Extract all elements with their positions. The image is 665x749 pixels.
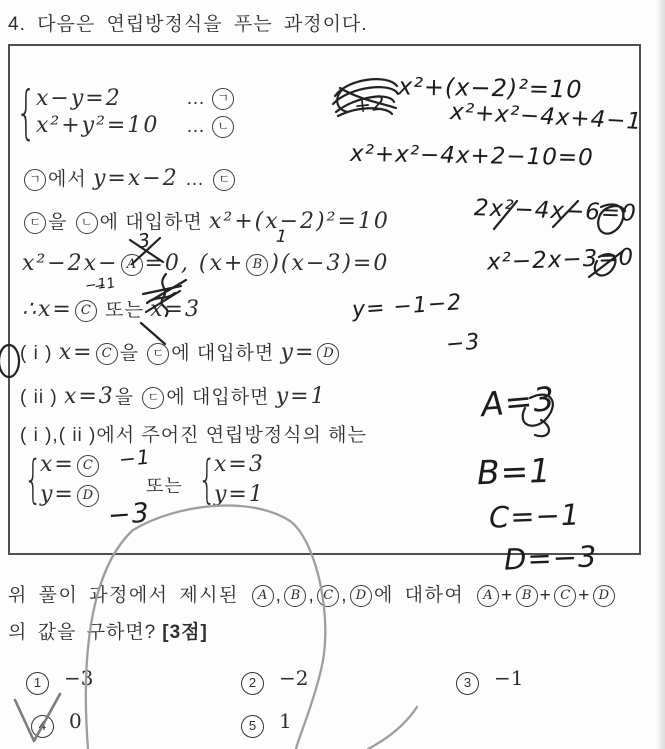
text-segment: ,	[341, 585, 348, 606]
question-line-2: 의 값을 구하면?[3점]	[8, 617, 208, 644]
circled-hangul-ref: ㄱ	[212, 88, 234, 110]
circled-letter: D	[77, 485, 99, 507]
scan-edge-shadow	[656, 0, 665, 749]
scanned-test-page: 4. 다음은 연립방정식을 푸는 과정이다. { x−y=2 … ㄱ x²+y²…	[0, 0, 665, 749]
circled-letter: B	[516, 585, 538, 607]
text-segment: 에 대입하면	[100, 212, 209, 233]
points-label: [3점]	[162, 622, 208, 643]
circled-letter: B	[284, 585, 306, 607]
hw-work-line-1: x²+(x−2)²=10	[398, 72, 583, 103]
text-segment: ( i )	[20, 343, 59, 364]
text-segment: 또는	[99, 300, 150, 321]
circled-hangul-ref: ㄴ	[212, 116, 234, 138]
circled-hangul-ref: ㄷ	[142, 387, 164, 409]
text-segment: y=1	[276, 384, 327, 409]
circled-letter: D	[593, 585, 615, 607]
circled-hangul-ref: ㄴ	[76, 212, 98, 234]
hw-a-result: A=3	[479, 379, 556, 424]
text-segment: +	[578, 585, 591, 606]
line-case-1: ( i ) x=C을 ㄷ에 대입하면 y=D	[20, 338, 341, 365]
line-factored-equation: x²−2x−A=0, (x+B)(x−3)=0	[22, 251, 389, 276]
equation-ref-2: … ㄴ	[186, 116, 236, 138]
choice-3: 3−1	[456, 666, 523, 695]
text-segment: ,	[308, 585, 315, 606]
circled-hangul-ref: ㄷ	[24, 212, 46, 234]
text-segment: 을	[120, 343, 146, 364]
text-segment: x²−2x−	[22, 251, 119, 276]
text-segment: x=	[40, 452, 75, 477]
hw-scribbled-start: +2	[353, 90, 387, 117]
line-conclusion: ( i ),( ii )에서 주어진 연립방정식의 해는	[20, 420, 367, 447]
circled-letter: C	[75, 300, 97, 322]
text-segment: x=3	[150, 297, 201, 322]
choice-2: 2−2	[241, 666, 308, 695]
hw-mark-above-b: 1	[275, 227, 288, 248]
choice-2-number: 2	[241, 672, 264, 695]
equation-given-2: x²+y²=10	[36, 113, 159, 138]
line-case-2: ( ii ) x=3을 ㄷ에 대입하면 y=1	[20, 382, 327, 409]
text-segment: 에 대입하면	[171, 343, 280, 364]
text-segment: 에서	[48, 169, 93, 190]
circled-letter: B	[246, 254, 268, 276]
text-segment: x=	[59, 340, 94, 365]
question-line-1: 위 풀이 과정에서 제시된 A,B,C,D에 대하여 A+B+C+D	[8, 580, 617, 607]
line-roots: ∴x=C 또는 x=3	[22, 295, 201, 322]
answer-eq-y-d: y=D	[40, 482, 101, 507]
text-segment: …	[179, 169, 212, 190]
answer-eq-x-3: x=3	[214, 452, 265, 477]
hw-sys-c-note: −1	[118, 445, 151, 472]
circled-letter: C	[554, 585, 576, 607]
hw-y-value-note: −3	[445, 330, 481, 358]
answer-eq-x-c: x=C	[40, 452, 101, 477]
hw-work-line-5: x²−2x−3=0	[487, 244, 635, 275]
text-segment: ( i ),( ii )에서 주어진 연립방정식의 해는	[20, 425, 367, 446]
system-brace: {	[16, 82, 36, 142]
hw-b-result: B=1	[476, 451, 552, 493]
line-substituted-equation: ㄷ을 ㄴ에 대입하면 x²+(x−2)²=10	[22, 207, 390, 234]
circled-hangul-ref: ㄷ	[147, 343, 169, 365]
text-segment: 위 풀이 과정에서 제시된	[8, 585, 250, 606]
hw-c-result: C=−1	[488, 497, 580, 534]
text-segment: …	[186, 88, 210, 109]
text-segment: 을	[48, 212, 74, 233]
text-segment: x²+y²=10	[36, 113, 159, 138]
circled-letter: D	[350, 585, 372, 607]
text-segment: …	[186, 116, 210, 137]
text-segment: ,	[276, 585, 283, 606]
text-segment: +	[540, 585, 553, 606]
choice-1-value: −3	[64, 666, 93, 690]
circled-letter: A	[477, 585, 499, 607]
text-segment: x−y=2	[36, 86, 122, 111]
equation-ref-1: … ㄱ	[186, 88, 236, 110]
hw-sys-d-note: −3	[107, 498, 151, 532]
question-line-2-text: 의 값을 구하면?	[8, 622, 156, 643]
circled-hangul-ref: ㄷ	[213, 169, 235, 191]
choice-5-value: 1	[279, 709, 292, 733]
choice-5-number: 5	[241, 715, 264, 738]
choice-1-number: 1	[26, 672, 49, 695]
or-label: 또는	[146, 472, 183, 498]
answer-eq-y-1: y=1	[214, 482, 265, 507]
hw-d-result: D=−3	[503, 539, 598, 576]
line-substitute-y: ㄱ에서 y=x−2 … ㄷ	[22, 164, 237, 191]
circled-letter: D	[317, 343, 339, 365]
text-segment: 에 대입하면	[166, 387, 275, 408]
circled-hangul-ref: ㄱ	[24, 169, 46, 191]
choice-4: 40	[31, 709, 82, 738]
text-segment: +	[501, 585, 514, 606]
circled-letter: C	[77, 455, 99, 477]
small-pencil-arc	[368, 707, 417, 749]
circled-letter: A	[121, 254, 143, 276]
text-segment: =0, (x+	[145, 251, 245, 276]
equation-given-1: x−y=2	[36, 86, 122, 111]
text-segment: y=x−2	[93, 166, 179, 191]
text-segment: ∴x=	[22, 297, 73, 322]
choice-1: 1−3	[26, 666, 93, 695]
choice-4-number: 4	[31, 715, 54, 738]
text-segment: y=1	[214, 482, 265, 507]
text-segment: x=3	[214, 452, 265, 477]
text-segment: x²+(x−2)²=10	[209, 209, 390, 234]
text-segment: y=	[40, 482, 75, 507]
text-segment: )(x−3)=0	[270, 251, 389, 276]
text-segment: x=3	[64, 384, 115, 409]
circled-letter: A	[252, 585, 274, 607]
text-segment: ( ii )	[20, 387, 64, 408]
circled-letter: C	[96, 343, 118, 365]
hw-mark-above-c: −1	[84, 276, 109, 295]
text-segment: 을	[115, 387, 141, 408]
choice-3-number: 3	[456, 672, 479, 695]
hw-work-line-3: x²+x²−4x+2−10=0	[350, 141, 594, 171]
text-segment: y=	[281, 340, 316, 365]
choice-4-value: 0	[69, 709, 82, 733]
choice-3-value: −1	[494, 666, 523, 690]
text-segment: 에 대하여	[374, 585, 475, 606]
choice-5: 51	[241, 709, 292, 738]
choice-2-value: −2	[279, 666, 308, 690]
circled-letter: C	[317, 585, 339, 607]
problem-title: 4. 다음은 연립방정식을 푸는 과정이다.	[8, 9, 368, 36]
